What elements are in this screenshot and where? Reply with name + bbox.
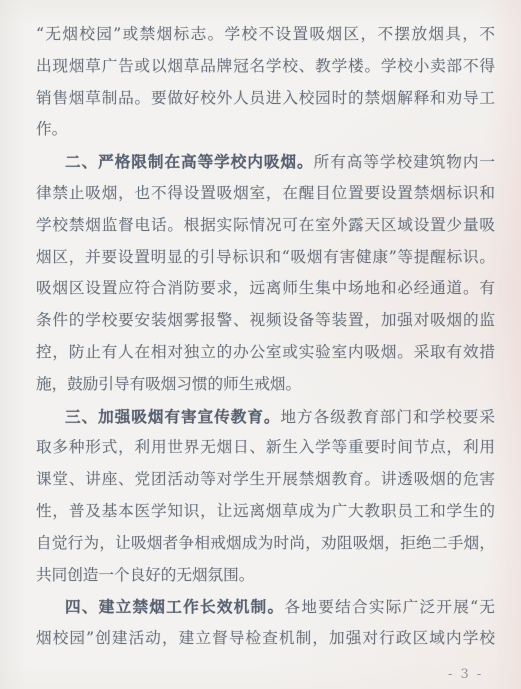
body-text: 所有高等学校建筑物内一: [314, 153, 495, 171]
body-text: 取多种形式，利用世界无烟日、新生入学等重要时间节点，利用: [36, 438, 495, 456]
text-line: 吸烟区设置应符合消防要求，远离师生集中场地和必经通道。有: [36, 273, 495, 305]
body-text: 共同创造一个良好的无烟氛围。: [36, 566, 254, 584]
body-text: 条件的学校要安装烟雾报警、视频设备等装置，加强对吸烟的监: [36, 311, 495, 329]
text-line: 共同创造一个良好的无烟氛围。: [36, 560, 495, 592]
body-text: 各地要结合实际广泛开展“无: [284, 598, 495, 616]
body-text: 性，普及基本医学知识，让远离烟草成为广大教职员工和学生的: [36, 502, 495, 520]
section-heading-text: 二、严格限制在高等学校内吸烟。: [65, 152, 314, 171]
body-text: 控，防止有人在相对独立的办公室或实验室内吸烟。采取有效措: [36, 343, 495, 361]
body-text: 作。: [36, 120, 67, 138]
text-line: 律禁止吸烟，也不得设置吸烟室，在醒目位置要设置禁烟标识和: [36, 178, 495, 210]
text-line: 作。: [36, 114, 495, 146]
section-heading-text: 四、建立禁烟工作长效机制。: [65, 597, 284, 616]
page-number: - 3 -: [448, 666, 483, 684]
body-text: 烟区，并要设置明显的引导标识和“吸烟有害健康”等提醒标识。: [36, 248, 495, 266]
text-line: 控，防止有人在相对独立的办公室或实验室内吸烟。采取有效措: [36, 337, 495, 369]
body-text: 地方各级教育部门和学校要采: [280, 408, 495, 426]
body-text: 施，鼓励引导有吸烟习惯的师生戒烟。: [36, 375, 301, 393]
text-line: 课堂、讲座、党团活动等对学生开展禁烟教育。讲透吸烟的危害: [36, 464, 495, 496]
body-text: 吸烟区设置应符合消防要求，远离师生集中场地和必经通道。有: [36, 279, 495, 297]
text-line: 出现烟草广告或以烟草品牌冠名学校、教学楼。学校小卖部不得: [36, 51, 495, 83]
body-text: 烟校园”创建活动，建立督导检查机制，加强对行政区域内学校: [36, 629, 495, 647]
text-line: 二、严格限制在高等学校内吸烟。所有高等学校建筑物内一: [36, 146, 495, 178]
text-line: 学校禁烟监督电话。根据实际情况可在室外露天区域设置少量吸: [36, 210, 495, 242]
text-line: 自觉行为，让吸烟者争相戒烟成为时尚，劝阻吸烟，拒绝二手烟，: [36, 528, 495, 560]
text-line: 烟校园”创建活动，建立督导检查机制，加强对行政区域内学校: [36, 623, 495, 655]
body-text: 学校禁烟监督电话。根据实际情况可在室外露天区域设置少量吸: [36, 216, 495, 234]
text-line: 条件的学校要安装烟雾报警、视频设备等装置，加强对吸烟的监: [36, 305, 495, 337]
text-line: 四、建立禁烟工作长效机制。各地要结合实际广泛开展“无: [36, 591, 495, 623]
body-text: “无烟校园”或禁烟标志。学校不设置吸烟区，不摆放烟具，不: [36, 25, 495, 43]
scanned-document-page: “无烟校园”或禁烟标志。学校不设置吸烟区，不摆放烟具，不出现烟草广告或以烟草品牌…: [0, 0, 521, 689]
document-body: “无烟校园”或禁烟标志。学校不设置吸烟区，不摆放烟具，不出现烟草广告或以烟草品牌…: [36, 19, 495, 655]
text-line: 烟区，并要设置明显的引导标识和“吸烟有害健康”等提醒标识。: [36, 242, 495, 274]
text-line: 性，普及基本医学知识，让远离烟草成为广大教职员工和学生的: [36, 496, 495, 528]
text-line: 施，鼓励引导有吸烟习惯的师生戒烟。: [36, 369, 495, 401]
text-line: 取多种形式，利用世界无烟日、新生入学等重要时间节点，利用: [36, 432, 495, 464]
section-heading-text: 三、加强吸烟有害宣传教育。: [65, 407, 280, 426]
text-line: 三、加强吸烟有害宣传教育。地方各级教育部门和学校要采: [36, 401, 495, 433]
text-line: 销售烟草制品。要做好校外人员进入校园时的禁烟解释和劝导工: [36, 83, 495, 115]
body-text: 出现烟草广告或以烟草品牌冠名学校、教学楼。学校小卖部不得: [36, 57, 495, 75]
body-text: 销售烟草制品。要做好校外人员进入校园时的禁烟解释和劝导工: [36, 89, 495, 107]
body-text: 律禁止吸烟，也不得设置吸烟室，在醒目位置要设置禁烟标识和: [36, 184, 495, 202]
text-line: “无烟校园”或禁烟标志。学校不设置吸烟区，不摆放烟具，不: [36, 19, 495, 51]
body-text: 课堂、讲座、党团活动等对学生开展禁烟教育。讲透吸烟的危害: [36, 470, 495, 488]
body-text: 自觉行为，让吸烟者争相戒烟成为时尚，劝阻吸烟，拒绝二手烟，: [36, 534, 495, 552]
